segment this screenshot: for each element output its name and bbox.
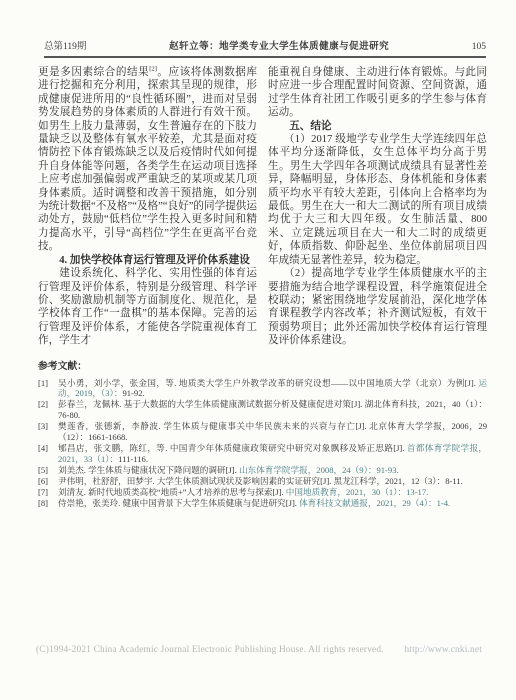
reference-pages: 111-116. — [118, 454, 148, 464]
paragraph-system-building: 建设系统化、科学化、实用性强的体育运行管理及评价体系，特别是分级管理、科学评价、… — [38, 267, 257, 347]
copyright-notice: (C)1994-2021 China Academic Journal Elec… — [36, 645, 384, 655]
header-divider — [44, 56, 486, 58]
reference-label: [1] — [38, 378, 48, 389]
reference-label: [7] — [38, 487, 48, 498]
page-number: 105 — [472, 42, 486, 52]
page-footer: (C)1994-2021 China Academic Journal Elec… — [36, 645, 482, 655]
paragraph-conclusion-2: （2）提高地学专业学生体质健康水平的主要措施为结合地学课程设置，科学施策促进全校… — [268, 267, 487, 347]
reference-item: [1]吴小勇，刘小学，张金国，等. 地质类大学生户外教学改革的研究设想——以中国… — [38, 378, 487, 400]
paragraph-text: 更是多因素综合的结果 — [38, 67, 149, 78]
page-header: 总第119期 赵轩立等：地学类专业大学生体质健康与促进研究 105 — [44, 38, 486, 52]
reference-label: [2] — [38, 399, 48, 410]
paragraph-continuation: 能重视自身健康、主动进行体育锻炼。与此同时应进一步合理配置时间资源、空间资源，通… — [268, 66, 487, 120]
reference-text: 郇昌店，张文鹏，陈红，等. 中国青少年体质健康政策研究中研究对象飘移及矫正思路[… — [58, 443, 407, 453]
section-heading-4: 4. 加快学校体育运行管理及评价体系建设 — [38, 254, 257, 267]
left-column: 更是多因素综合的结果[2]。应该将体测数据库进行挖掘和充分利用，探索其呈现的规律… — [38, 66, 257, 348]
reference-item: [4]郇昌店，张文鹏，陈红，等. 中国青少年体质健康政策研究中研究对象飘移及矫正… — [38, 443, 487, 465]
reference-pages: 91-92. — [122, 388, 144, 398]
reference-text: 刘美杰. 学生体质与健康状况下降问题的调研[J]. — [58, 465, 239, 475]
references-heading: 参考文献： — [38, 358, 487, 372]
reference-journal: 体育科技文献通报，2021，29（4）：1-4. — [299, 498, 450, 508]
reference-item: [8]侍崇艳，张美玲. 健康中国背景下大学生体质健康与促进研究[J]. 体育科技… — [38, 498, 487, 509]
reference-label: [3] — [38, 421, 48, 432]
reference-text: 彭春兰，龙佩林. 基于大数据的大学生体质健康测试数据分析及健康促进对策[J]. … — [58, 399, 487, 420]
running-title: 赵轩立等：地学类专业大学生体质健康与促进研究 — [169, 38, 389, 52]
paragraph-conclusion-1: （1）2017 级地学专业学生大学连续四年总体平均分逐渐降低，女生总体平均分高于… — [268, 133, 487, 267]
reference-item: [6]尹伟明，杜舒舒，田梦宇. 大学生体质测试现状及影响因素的实证研究[J]. … — [38, 476, 487, 487]
reference-text: 吴小勇，刘小学，张金国，等. 地质类大学生户外教学改革的研究设想——以中国地质大… — [58, 378, 478, 388]
reference-item: [7]刘清友. 新时代地质类高校“地质+”人才培养的思考与探索[J]. 中国地质… — [38, 487, 487, 498]
paragraph-intervention: 更是多因素综合的结果[2]。应该将体测数据库进行挖掘和充分利用，探索其呈现的规律… — [38, 66, 257, 254]
issue-label: 总第119期 — [44, 38, 86, 52]
cnki-url: http://www.cnki.net — [404, 645, 482, 655]
right-column: 能重视自身健康、主动进行体育锻炼。与此同时应进一步合理配置时间资源、空间资源，通… — [268, 66, 487, 348]
reference-text: 侍崇艳，张美玲. 健康中国背景下大学生体质健康与促进研究[J]. — [58, 498, 299, 508]
reference-text: 刘清友. 新时代地质类高校“地质+”人才培养的思考与探索[J]. — [58, 487, 286, 497]
reference-item: [3]樊莲香，张德新，李静波. 学生体质与健康事关中华民族未来的兴衰与存亡[J]… — [38, 421, 487, 443]
reference-item: [5]刘美杰. 学生体质与健康状况下降问题的调研[J]. 山东体育学院学报，20… — [38, 465, 487, 476]
reference-label: [8] — [38, 498, 48, 509]
reference-label: [6] — [38, 476, 48, 487]
references-section: 参考文献： [1]吴小勇，刘小学，张金国，等. 地质类大学生户外教学改革的研究设… — [38, 358, 487, 509]
journal-page: 总第119期 赵轩立等：地学类专业大学生体质健康与促进研究 105 更是多因素综… — [0, 0, 516, 700]
reference-journal: 中国地质教育，2021，30（1）：13-17. — [286, 487, 429, 497]
reference-label: [4] — [38, 443, 48, 454]
reference-journal: 山东体育学院学报，2008，24（9）：91-93. — [239, 465, 399, 475]
paragraph-text: 。应该将体测数据库进行挖掘和充分利用，探索其呈现的规律，形成健康促进所用的“良性… — [38, 67, 257, 252]
reference-text: 樊莲香，张德新，李静波. 学生体质与健康事关中华民族未来的兴衰与存亡[J]. 北… — [58, 421, 487, 442]
reference-label: [5] — [38, 465, 48, 476]
section-heading-conclusion: 五、结论 — [268, 120, 487, 133]
reference-text: 尹伟明，杜舒舒，田梦宇. 大学生体质测试现状及影响因素的实证研究[J]. 黑龙江… — [58, 476, 463, 486]
citation-superscript: [2] — [149, 65, 157, 72]
article-body: 更是多因素综合的结果[2]。应该将体测数据库进行挖掘和充分利用，探索其呈现的规律… — [38, 66, 487, 348]
reference-item: [2]彭春兰，龙佩林. 基于大数据的大学生体质健康测试数据分析及健康促进对策[J… — [38, 399, 487, 421]
